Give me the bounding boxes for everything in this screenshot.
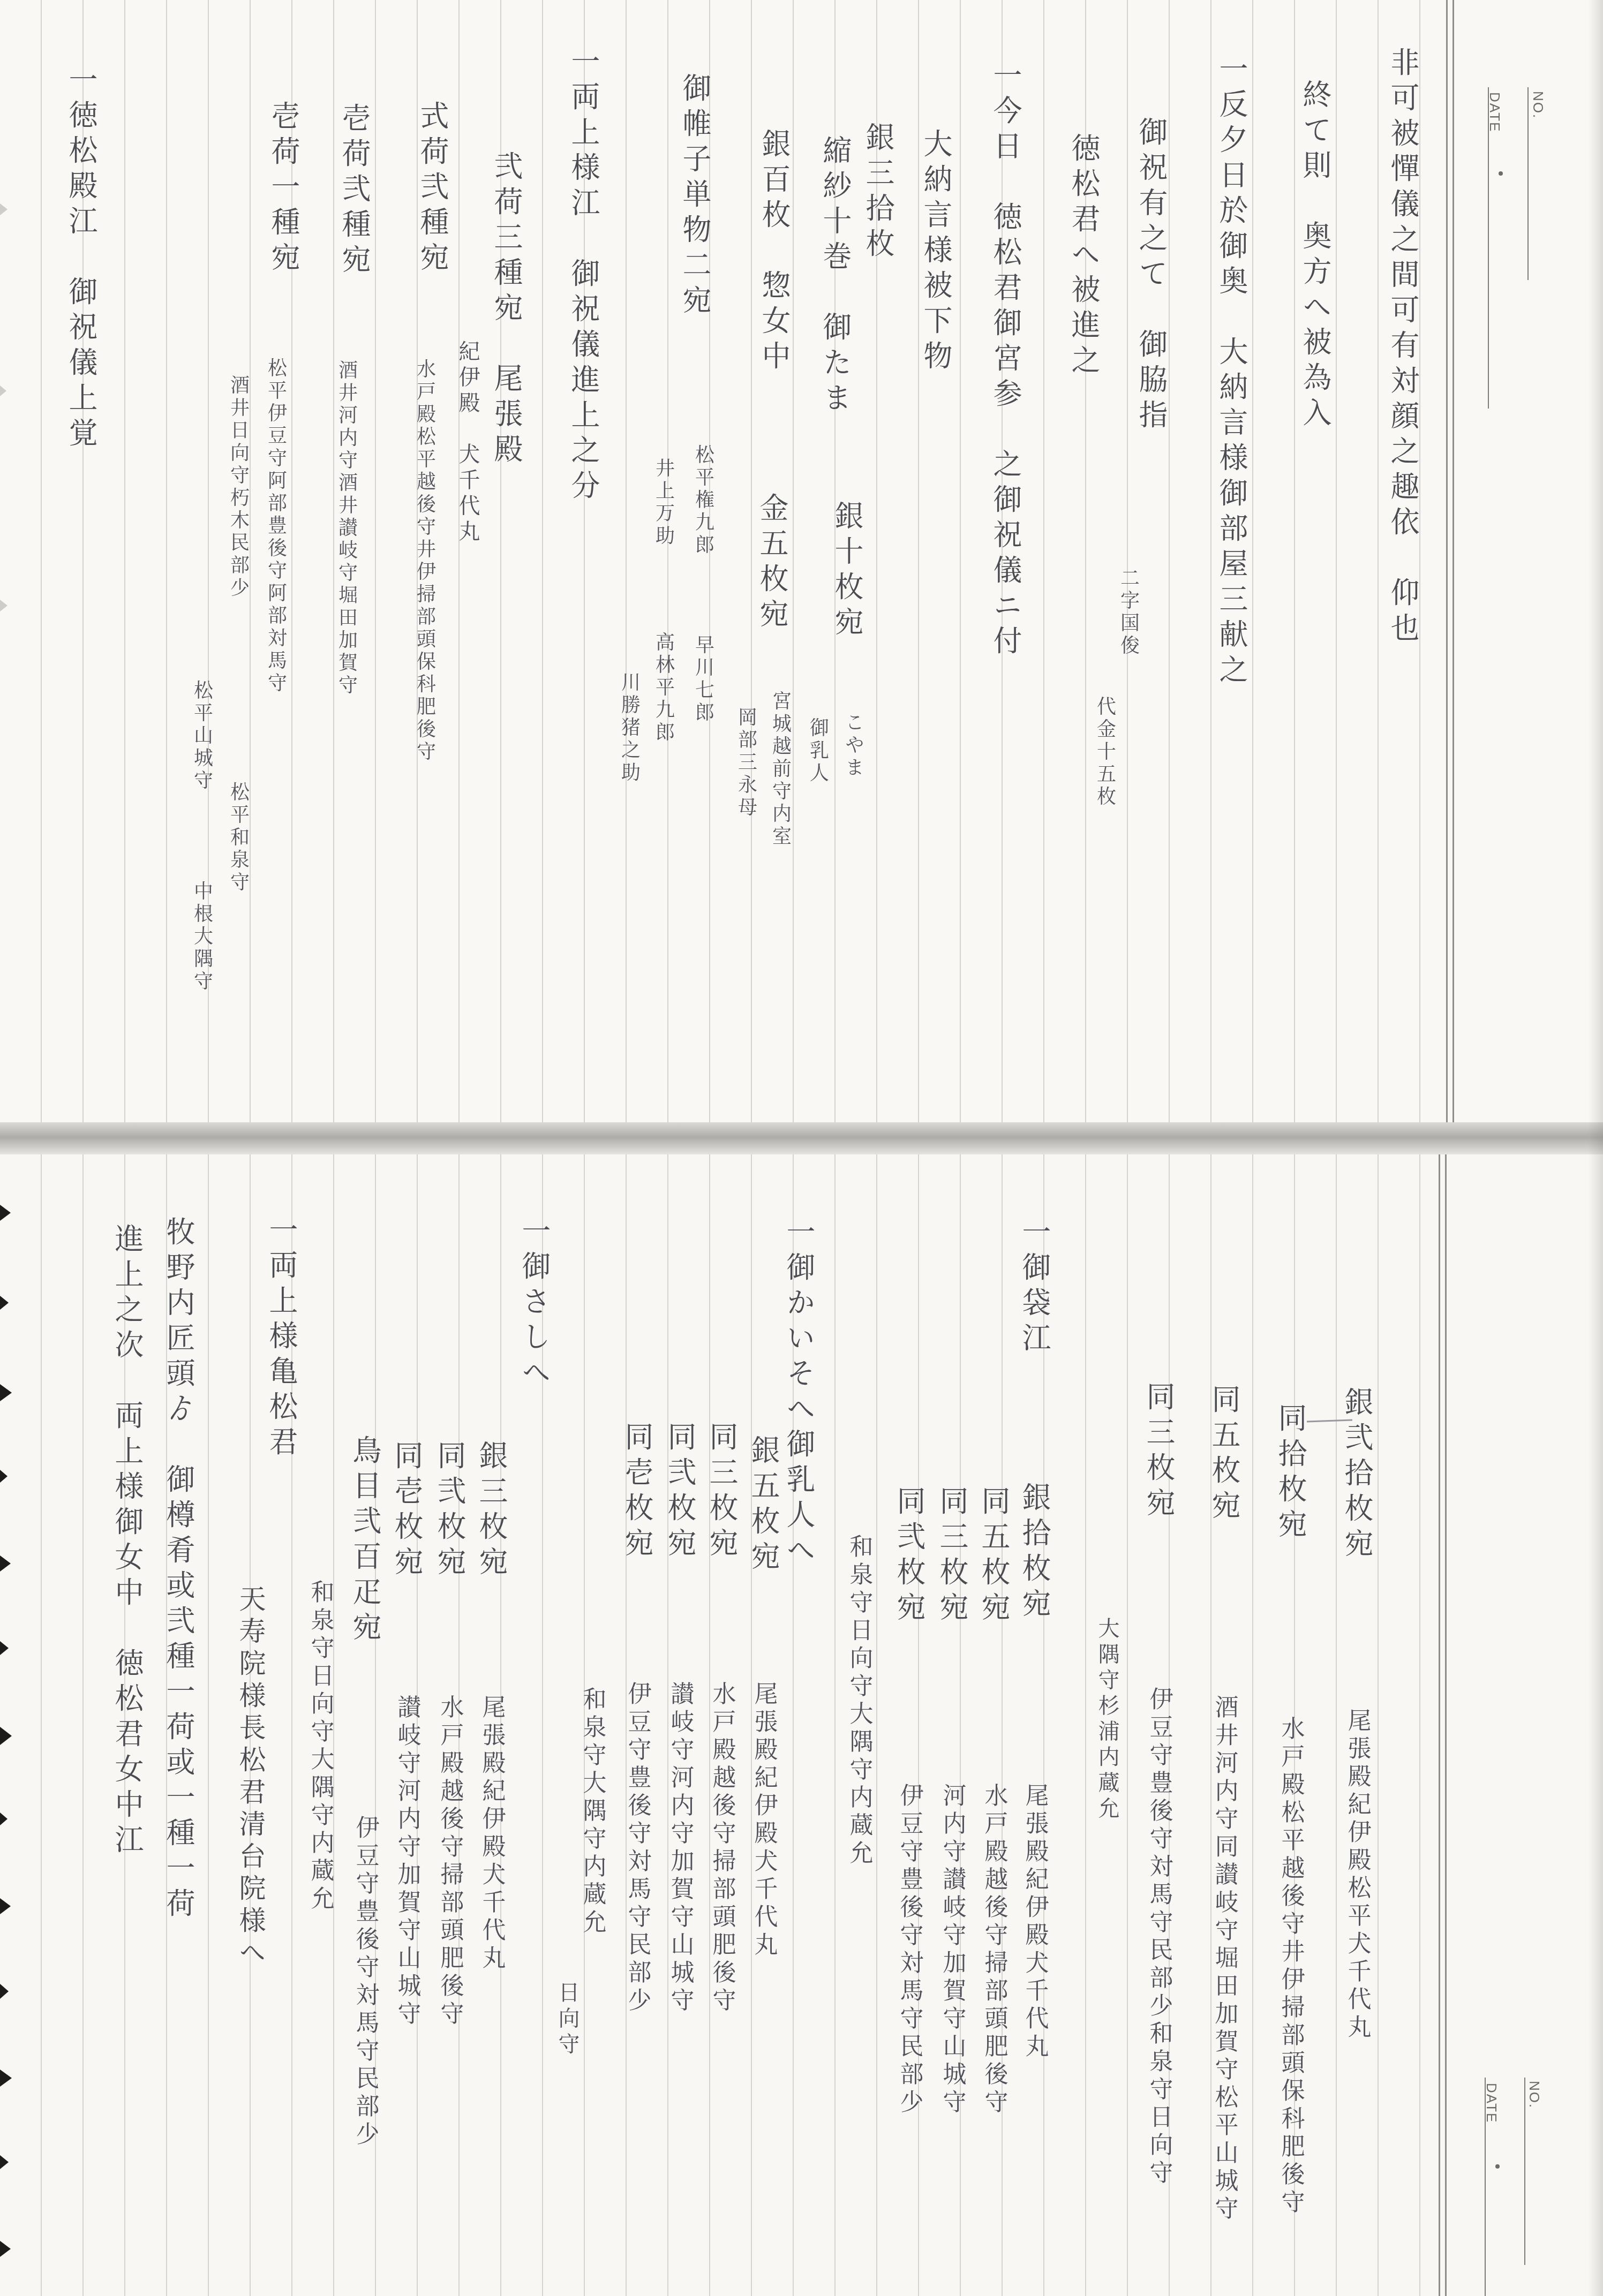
handwritten-name: 松平権九郎 (692, 444, 714, 557)
handwritten-name: 和泉守日向守大隅守内蔵允 (845, 1534, 872, 1868)
handwritten-column: 銀百枚 惣女中 (757, 129, 791, 376)
handwritten-column: 壱荷弐種宛 (337, 103, 371, 280)
handwritten-name: 水戸殿松平越後守井伊掃部頭保科肥後守 (1277, 1716, 1304, 2217)
handwritten-column: 鳥目弐百疋宛 (348, 1435, 381, 1647)
handwritten-name: 松平和泉守 (227, 782, 249, 894)
handwritten-name: 和泉守日向守大隅守内蔵允 (306, 1580, 334, 1914)
handwritten-name: 伊豆守豊後守対馬守民部少 (351, 1815, 379, 2149)
handwritten-name: 水戸殿越後守掃部頭肥後守 (708, 1681, 735, 2015)
no-field-line (1524, 2078, 1525, 2265)
handwritten-column: 一御袋江 (1018, 1217, 1051, 1358)
handwritten-name: 讃岐守河内守加賀守山城守 (393, 1695, 420, 2029)
scanned-notebook-spread: { "scan": { "stationery": { "no_label": … (0, 0, 1603, 2296)
handwritten-name: 松平山城守 (191, 680, 213, 792)
handwritten-column: 式荷弐種宛 (416, 101, 449, 277)
handwritten-column: 金五枚宛 (755, 493, 788, 634)
handwritten-name: 伊豆守豊後守対馬守民部少和泉守日向守 (1145, 1687, 1172, 2188)
no-field-line (1527, 87, 1529, 280)
handwritten-column: 同拾枚宛 (1274, 1403, 1307, 1544)
handwritten-column: 非可被憚儀之間可有対顔之趣依 仰也 (1386, 47, 1419, 648)
handwritten-column: 徳松君へ被進之 (1067, 133, 1100, 380)
handwritten-column: 同五枚宛 (977, 1486, 1010, 1627)
handwritten-column: 同弐枚宛 (663, 1422, 696, 1563)
handwritten-column: 同三枚宛 (1142, 1381, 1175, 1523)
handwritten-name: 御乳人 (807, 717, 829, 785)
handwritten-column: 同壱枚宛 (620, 1422, 653, 1563)
handwritten-name: 河内守讃岐守加賀守山城守 (938, 1783, 966, 2117)
handwritten-name: 早川七郎 (692, 635, 714, 724)
handwritten-name: 水戸殿越後守掃部頭肥後守 (436, 1695, 463, 2029)
handwritten-name: 中根大隅守 (191, 881, 213, 993)
date-separator-dot (1499, 171, 1503, 176)
handwritten-column: 縮紗十巻 御たま (818, 135, 852, 418)
handwritten-column: 一反夕日於御奥 大納言様御部屋三献之 (1215, 54, 1248, 690)
handwritten-name: 川勝猪之助 (618, 672, 640, 784)
handwritten-column: 終て則 奥方へ被為入 (1298, 79, 1331, 433)
handwritten-name: 紀伊殿 犬千代丸 (455, 340, 480, 546)
handwritten-name: 伊豆守豊後守対馬守民部少 (895, 1783, 923, 2117)
handwritten-name: こやま (842, 712, 864, 780)
handwritten-column: 同三枚宛 (705, 1422, 738, 1563)
handwritten-name: 和泉守大隅守内蔵允 (578, 1687, 606, 1937)
handwritten-name: 日向守 (555, 1981, 580, 2058)
handwritten-name: 讃岐守河内守加賀守山城守 (666, 1681, 694, 2015)
handwritten-name: 酒井日向守朽木民部少 (227, 375, 249, 600)
handwritten-column: 一両上様江 御祝儀進上之分 (567, 46, 600, 505)
handwritten-name: 大隅守杉浦内蔵允 (1095, 1617, 1119, 1823)
handwritten-column: 一徳松殿江 御祝儀上覚 (64, 64, 97, 453)
handwritten-column: 大納言様被下物 (919, 129, 952, 376)
handwritten-note: 代金十五枚 (1094, 696, 1116, 809)
no-label: NO. (1530, 91, 1546, 119)
handwritten-name: 酒井河内守酒井讃岐守堀田加賀守 (335, 360, 357, 697)
handwritten-column: 弐荷三種宛 尾張殿 (490, 151, 523, 469)
handwritten-column: 御祝有之て 御脇指 (1134, 117, 1168, 435)
handwritten-name: 水戸殿越後守掃部頭肥後守 (980, 1783, 1007, 2117)
date-field-line (1488, 87, 1489, 409)
handwritten-column: 同弐枚宛 (433, 1440, 466, 1582)
handwritten-name: 宮城越前守内室 (769, 691, 791, 848)
no-label: NO. (1526, 2081, 1542, 2109)
handwritten-note: 二字国俊 (1117, 568, 1139, 658)
handwritten-column: 一御かいそへ御乳人へ (782, 1217, 815, 1570)
handwritten-name: 酒井河内守同讃岐守堀田加賀守松平山城守 (1210, 1695, 1238, 2224)
handwritten-name: 井上万助 (652, 458, 674, 548)
margin-rule (1446, 0, 1448, 1126)
handwritten-column: 一両上様亀松君 (265, 1214, 298, 1462)
handwritten-column: 銀五枚宛 (747, 1435, 780, 1576)
handwritten-name: 伊豆守豊後守対馬守民部少 (623, 1681, 651, 2015)
handwritten-name: 尾張殿紀伊殿松平犬千代丸 (1343, 1708, 1371, 2042)
handwritten-name: 尾張殿紀伊殿犬千代丸 (478, 1695, 505, 1973)
handwritten-name: 高林平九郎 (652, 632, 674, 744)
handwritten-column: 壱荷一種宛 (267, 101, 300, 277)
handwritten-column: 銀三枚宛 (475, 1440, 508, 1582)
margin-rule (1453, 0, 1454, 1126)
margin-rule (1445, 1154, 1447, 2296)
handwritten-name: 水戸殿松平越後守井伊掃部頭保科肥後守 (413, 359, 435, 764)
handwritten-column: 天寿院様長松君清台院様へ (235, 1585, 266, 1970)
handwritten-column: 進上之次 両上様御女中 徳松君女中江 (110, 1223, 144, 1860)
handwritten-name: 尾張殿紀伊殿犬千代丸 (750, 1681, 777, 1960)
margin-rule (1439, 1154, 1440, 2296)
handwritten-column: 同三枚宛 (935, 1486, 968, 1627)
handwritten-column: 銀十枚宛 (830, 501, 863, 642)
handwritten-name: 岡部三永母 (735, 707, 757, 819)
handwritten-column: 銀拾枚宛 (1018, 1482, 1051, 1623)
handwritten-column: 牧野内匠頭ゟ 御樽肴或弐種一荷或一種一荷 (162, 1217, 195, 1923)
handwritten-column: 同弐枚宛 (892, 1486, 925, 1627)
handwritten-column: 銀三拾枚 (861, 122, 894, 263)
handwritten-column: 一今日 徳松君御宮参 之御祝儀ニ付 (989, 60, 1022, 661)
scan-edge-shadow (1588, 0, 1603, 2296)
handwritten-column: 同五枚宛 (1207, 1384, 1240, 1525)
handwritten-column: 同壱枚宛 (390, 1440, 423, 1582)
handwritten-column: 銀弐拾枚宛 (1340, 1387, 1373, 1564)
handwritten-column: 一御さしへ (517, 1215, 551, 1392)
date-separator-dot (1495, 2164, 1500, 2169)
handwritten-column: 御帷子単物二宛 (678, 73, 711, 320)
date-field-line (1485, 2078, 1486, 2296)
page-gap-shadow (0, 1122, 1603, 1155)
handwritten-name: 松平伊豆守阿部豊後守阿部対馬守 (265, 358, 287, 695)
handwritten-name: 尾張殿紀伊殿犬千代丸 (1021, 1783, 1048, 2061)
